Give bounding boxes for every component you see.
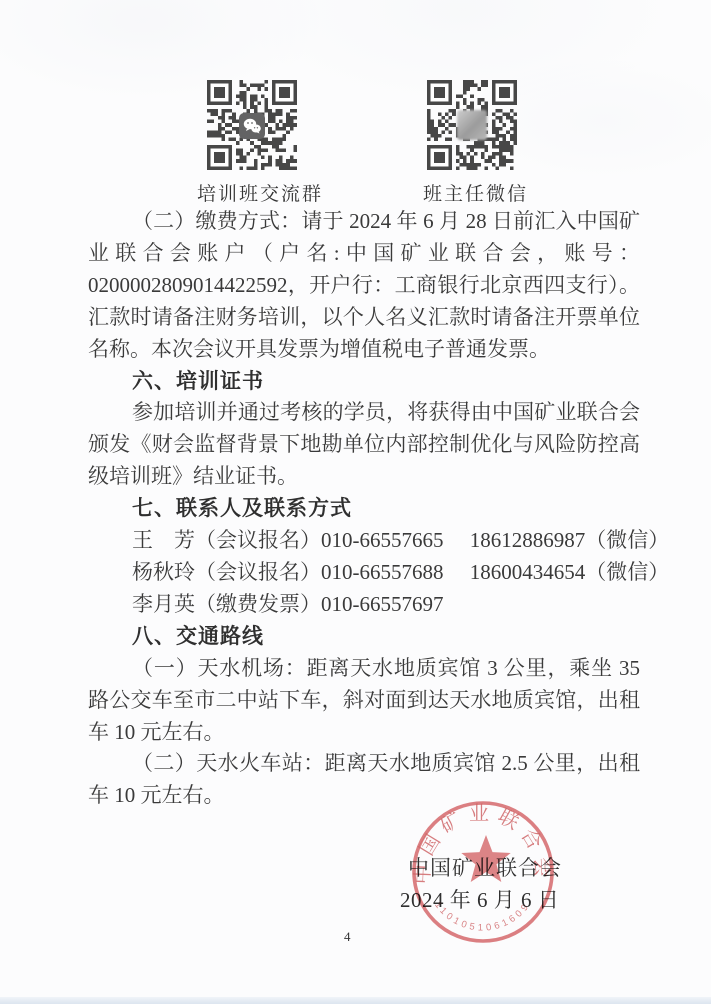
- section-heading-contacts: 七、联系人及联系方式: [88, 493, 640, 525]
- wechat-logo-icon: [239, 113, 265, 139]
- body-line: 颁发《财会监督背景下地勘单位内部控制优化与风险防控高: [88, 429, 640, 461]
- qr-code-training-group: [207, 80, 297, 171]
- body-line: 车 10 元左右。: [88, 717, 640, 749]
- body-line: 级培训班》结业证书。: [88, 461, 640, 493]
- svg-text:1101051061609: 1101051061609: [432, 900, 533, 934]
- qr-label-teacher-wechat: 班主任微信: [423, 179, 528, 206]
- contact-line: 王 芳（会议报名）010-66557665 18612886987（微信）: [88, 525, 640, 557]
- body-line: 名称。本次会议开具发票为增值税电子普通发票。: [88, 334, 640, 366]
- body-line: （一）天水机场：距离天水地质宾馆 3 公里，乘坐 35: [88, 653, 640, 685]
- body-line: （二）缴费方式：请于 2024 年 6 月 28 日前汇入中国矿: [88, 206, 640, 238]
- body-line: 参加培训并通过考核的学员，将获得由中国矿业联合会: [88, 397, 640, 429]
- body-line: 汇款时请备注财务培训，以个人名义汇款时请备注开票单位: [88, 302, 640, 334]
- section-heading-transport: 八、交通路线: [88, 621, 640, 653]
- body-line: 业联合会账户（户名:中国矿业联合会，账号：: [88, 238, 640, 270]
- qr-code-teacher-wechat: [427, 80, 517, 171]
- page-number: 4: [344, 929, 351, 945]
- body-line: 路公交车至市二中站下车，斜对面到达天水地质宾馆，出租: [88, 685, 640, 717]
- contact-line: 李月英（缴费发票）010-66557697: [88, 589, 640, 621]
- body-line: 0200002809014422592，开户行：工商银行北京西四支行）。: [88, 270, 640, 302]
- document-body: （二）缴费方式：请于 2024 年 6 月 28 日前汇入中国矿 业联合会账户（…: [88, 206, 640, 812]
- section-heading-certificate: 六、培训证书: [88, 366, 640, 398]
- contact-line: 杨秋玲（会议报名）010-66557688 18600434654（微信）: [88, 557, 640, 589]
- seal-code: 1101051061609: [432, 900, 533, 934]
- scan-edge-strip: [0, 997, 711, 1004]
- profile-photo: [457, 110, 487, 140]
- qr-label-training-group: 培训班交流群: [197, 179, 323, 206]
- seal-star-icon: [461, 835, 510, 882]
- body-line: 车 10 元左右。: [88, 780, 640, 812]
- body-line: （二）天水火车站：距离天水地质宾馆 2.5 公里，出租: [88, 748, 640, 780]
- scanned-document-page: 培训班交流群 班主任微信 （二）缴费方式：请于 2024 年 6 月 28 日前…: [0, 0, 711, 1004]
- official-seal: 中国矿业联合会 1101051061609: [409, 798, 557, 946]
